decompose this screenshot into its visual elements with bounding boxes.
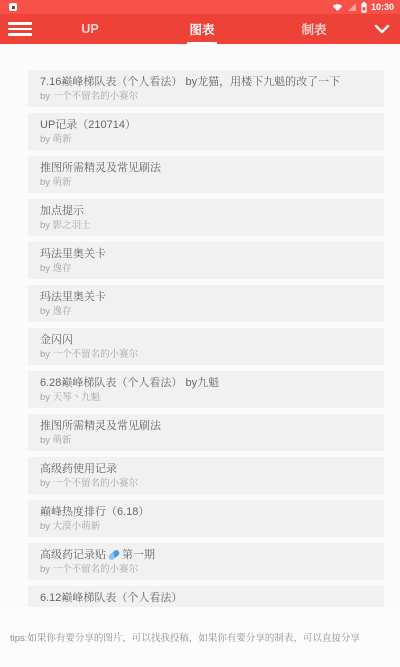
tab-bar: UP 图表 制表 [34,15,370,44]
list-item[interactable]: 6.12巅峰梯队表（个人看法） [28,586,384,607]
list-item[interactable]: 玛法里奥关卡 by 逸存 [28,242,384,279]
tab-tables[interactable]: 制表 [258,15,370,44]
post-title: 推图所需精灵及常见刷法 [40,161,372,175]
list-item[interactable]: 金闪闪 by 一个不留名的小赛尔 [28,328,384,365]
list-item[interactable]: 6.28巅峰梯队表（个人看法） by九魁 by 天琴丶九魁 [28,371,384,408]
list-item[interactable]: 加点提示 by 影之羽士 [28,199,384,236]
post-author: by 影之羽士 [40,220,372,231]
post-title: 6.28巅峰梯队表（个人看法） by九魁 [40,376,372,390]
post-title: 推图所需精灵及常见刷法 [40,419,372,433]
tab-charts[interactable]: 图表 [146,15,258,44]
notification-app-icon-glyph [12,6,15,9]
tab-up-label: UP [79,22,100,42]
post-author: by 天琴丶九魁 [40,392,372,403]
post-author: by 一个不留名的小赛尔 [40,91,372,102]
post-title: 高级药记录贴第一期 [40,548,372,562]
status-bar: 10:30 [0,0,400,14]
post-author: by 萌新 [40,134,372,145]
notification-app-icon [9,3,17,11]
list-item[interactable]: 巅峰热度排行（6.18） by 大漠小萌新 [28,500,384,537]
post-author: by 逸存 [40,263,372,274]
post-title: 7.16巅峰梯队表（个人看法） by龙猫，用楼下九魁的改了一下 [40,75,372,89]
list-item[interactable]: 推图所需精灵及常见刷法 by 萌新 [28,414,384,451]
menu-icon-bar [8,33,32,36]
list-item[interactable]: 7.16巅峰梯队表（个人看法） by龙猫，用楼下九魁的改了一下 by 一个不留名… [28,70,384,107]
post-title-text: 高级药记录贴 [40,549,106,561]
app-bar: UP 图表 制表 [0,14,400,44]
menu-icon-bar [8,22,32,25]
menu-icon-bar [8,28,32,31]
chart-post-list[interactable]: 7.16巅峰梯队表（个人看法） by龙猫，用楼下九魁的改了一下 by 一个不留名… [0,44,400,607]
post-title-text: 第一期 [122,549,155,561]
post-author: by 大漠小萌新 [40,521,372,532]
post-author: by 萌新 [40,177,372,188]
post-title: 金闪闪 [40,333,372,347]
footer: tips:如果你有要分享的图片，可以找我投稿，如果你有要分享的制表，可以直接分享 [0,607,400,667]
tips-text: tips:如果你有要分享的图片，可以找我投稿，如果你有要分享的制表，可以直接分享 [10,630,360,644]
menu-icon[interactable] [6,19,34,39]
list-item[interactable]: 推图所需精灵及常见刷法 by 萌新 [28,156,384,193]
cellular-signal-icon [347,2,357,12]
tab-up[interactable]: UP [34,17,146,42]
list-item[interactable]: 玛法里奥关卡 by 逸存 [28,285,384,322]
post-author: by 逸存 [40,306,372,317]
app-screen: 10:30 UP 图表 制表 7.16巅峰梯队表（个人看法） by龙猫，用楼下九… [0,0,400,667]
post-title: UP记录（210714） [40,118,372,132]
post-title: 玛法里奥关卡 [40,290,372,304]
pill-icon [107,549,120,561]
list-item[interactable]: 高级药记录贴第一期 by 一个不留名的小赛尔 [28,543,384,580]
post-title: 巅峰热度排行（6.18） [40,505,372,519]
clock: 10:30 [371,2,394,12]
post-title: 高级药使用记录 [40,462,372,476]
post-author: by 一个不留名的小赛尔 [40,478,372,489]
post-title: 6.12巅峰梯队表（个人看法） [40,591,372,605]
tab-tables-label: 制表 [299,20,328,44]
list-item[interactable]: UP记录（210714） by 萌新 [28,113,384,150]
post-author: by 萌新 [40,435,372,446]
battery-icon [361,2,367,13]
list-item[interactable]: 高级药使用记录 by 一个不留名的小赛尔 [28,457,384,494]
post-title: 加点提示 [40,204,372,218]
chevron-down-icon[interactable] [370,24,394,34]
post-title: 玛法里奥关卡 [40,247,372,261]
tab-charts-label: 图表 [187,20,216,44]
wifi-icon [332,2,343,12]
post-author: by 一个不留名的小赛尔 [40,349,372,360]
post-author: by 一个不留名的小赛尔 [40,564,372,575]
